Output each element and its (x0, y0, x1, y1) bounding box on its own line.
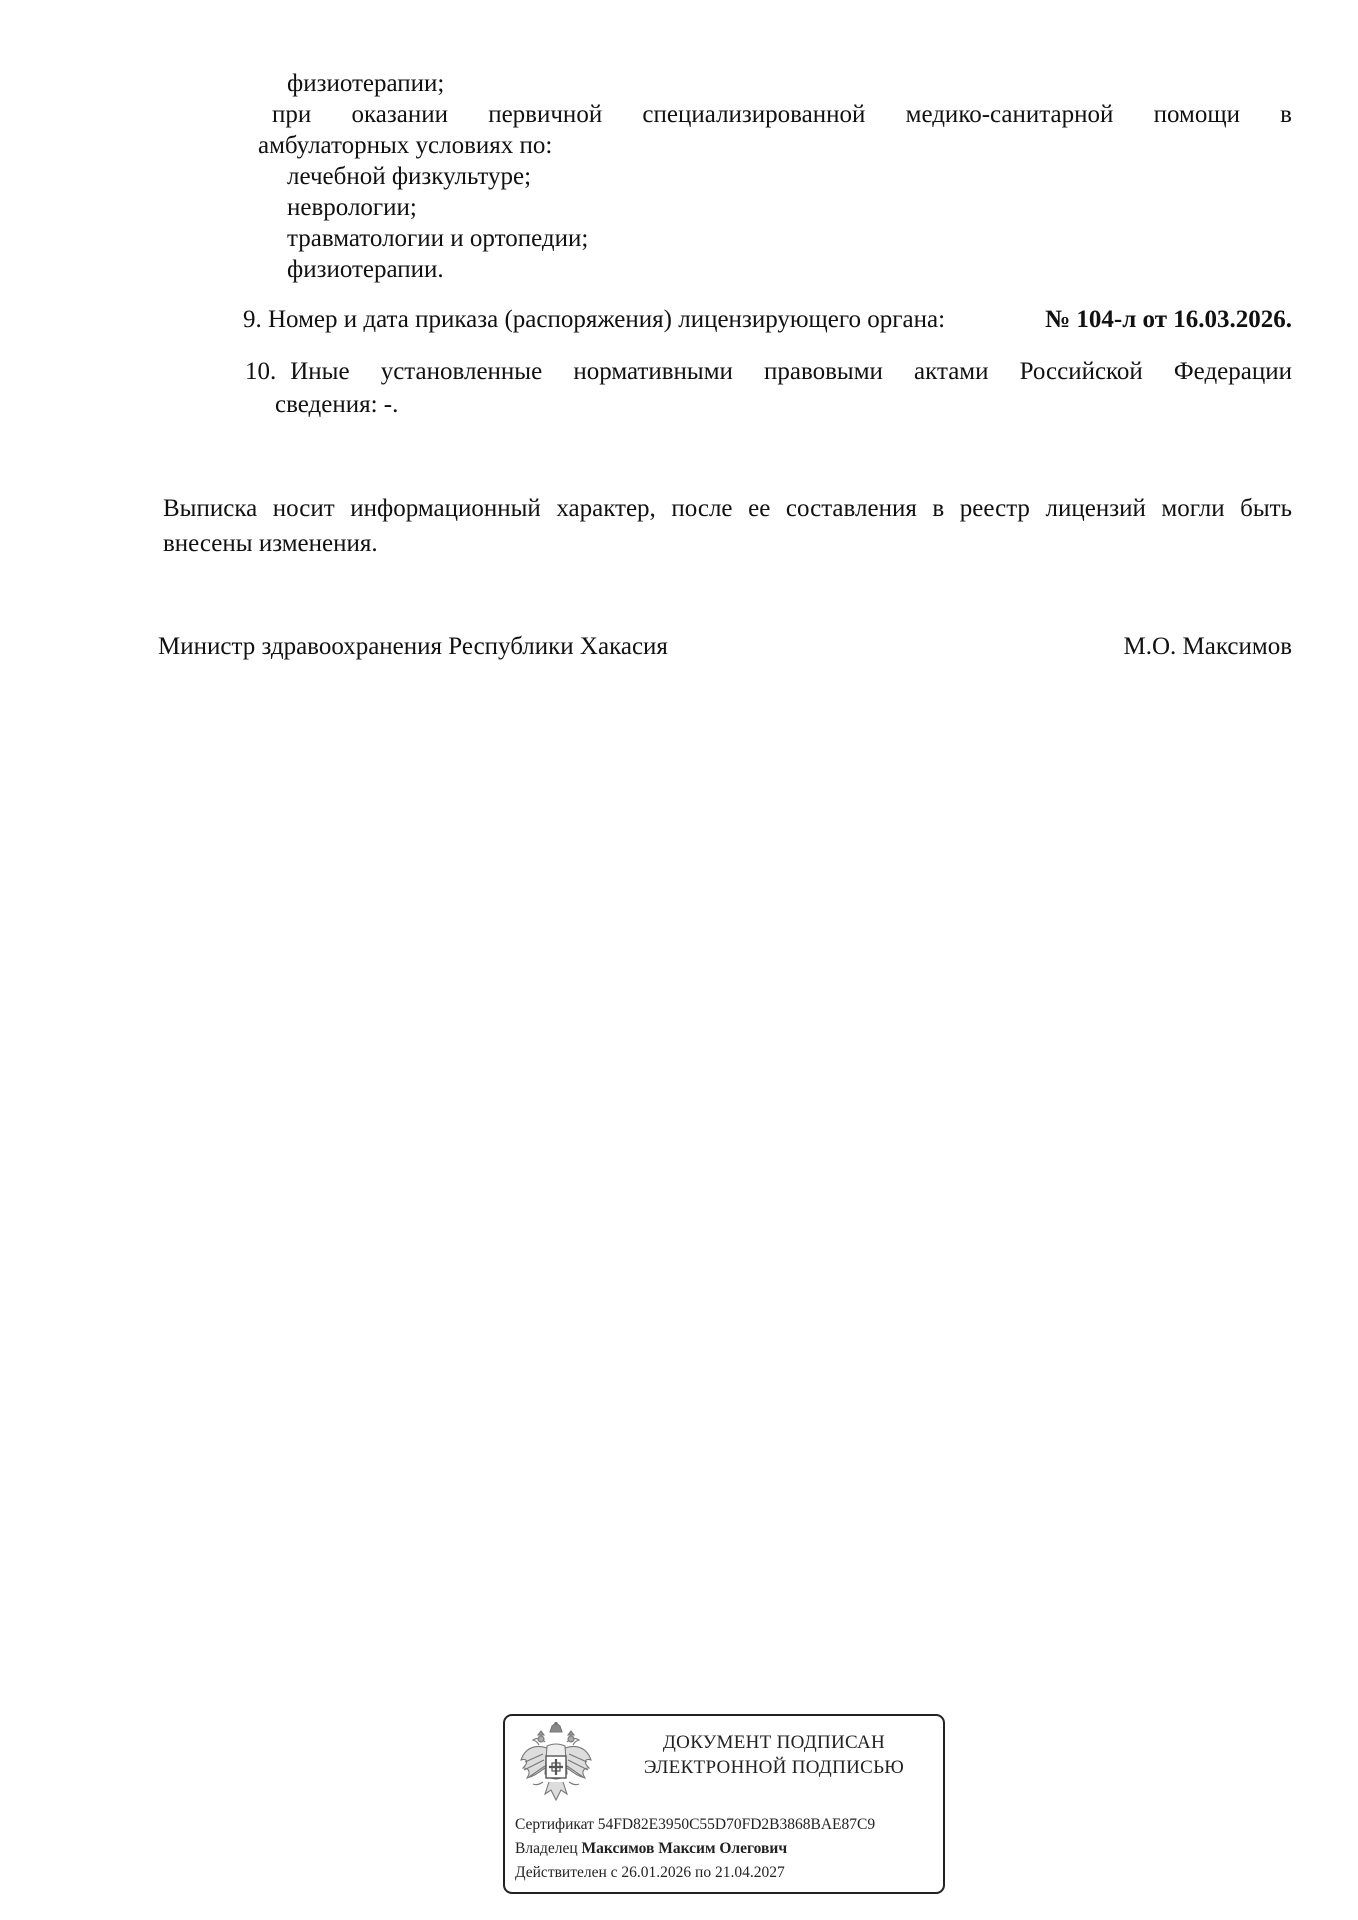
list-item-physiotherapy: физиотерапии; (287, 68, 444, 99)
validity-line: Действителен с 26.01.2026 по 21.04.2027 (515, 1864, 785, 1882)
item-10-line2: сведения: -. (275, 389, 398, 420)
valid-to: 21.04.2027 (715, 1864, 785, 1881)
certificate-label: Сертификат (515, 1816, 594, 1833)
valid-to-prefix: по (695, 1864, 711, 1881)
valid-from-prefix: с (611, 1864, 618, 1881)
item-9-label: Номер и дата приказа (распоряжения) лице… (268, 306, 945, 333)
stamp-title-line2: ЭЛЕКТРОННОЙ ПОДПИСЬЮ (615, 1755, 933, 1780)
disclaimer-line2: внесены изменения. (163, 528, 378, 559)
valid-label: Действителен (515, 1864, 607, 1881)
certificate-number: 54FD82E3950C55D70FD2B3868BAE87C9 (598, 1816, 875, 1833)
item-9-number: 9. (243, 306, 262, 333)
item-9: 9. Номер и дата приказа (распоряжения) л… (243, 304, 1292, 335)
double-headed-eagle-emblem-icon (517, 1722, 595, 1804)
ambulatory-care-line1: при оказании первичной специализированно… (272, 99, 1292, 130)
owner-line: Владелец Максимов Максим Олегович (515, 1840, 787, 1858)
signatory-position: Министр здравоохранения Республики Хакас… (158, 631, 668, 662)
list-item-exercise-therapy: лечебной физкультуре; (287, 161, 531, 192)
item-10: 10. Иные установленные нормативными прав… (245, 356, 1292, 387)
item-10-number: 10. (245, 356, 276, 387)
ambulatory-care-line2: амбулаторных условиях по: (258, 130, 552, 161)
list-item-neurology: неврологии; (287, 192, 417, 223)
list-item-traumatology: травматологии и ортопедии; (287, 223, 588, 254)
valid-from: 26.01.2026 (621, 1864, 691, 1881)
certificate-line: Сертификат 54FD82E3950C55D70FD2B3868BAE8… (515, 1816, 875, 1834)
owner-label: Владелец (515, 1840, 578, 1857)
owner-name: Максимов Максим Олегович (582, 1840, 788, 1857)
item-10-line1: Иные установленные нормативными правовым… (290, 356, 1292, 387)
stamp-title-line1: ДОКУМЕНТ ПОДПИСАН (615, 1730, 933, 1755)
item-9-text: 9. Номер и дата приказа (распоряжения) л… (243, 304, 945, 335)
list-item-physiotherapy-final: физиотерапии. (287, 254, 444, 285)
electronic-signature-stamp: ДОКУМЕНТ ПОДПИСАН ЭЛЕКТРОННОЙ ПОДПИСЬЮ С… (503, 1714, 945, 1894)
order-number-date: № 104-л от 16.03.2026. (1045, 304, 1292, 335)
signatory-name: М.О. Максимов (1124, 631, 1292, 662)
disclaimer-line1: Выписка носит информационный характер, п… (163, 493, 1292, 524)
stamp-title: ДОКУМЕНТ ПОДПИСАН ЭЛЕКТРОННОЙ ПОДПИСЬЮ (615, 1730, 933, 1780)
